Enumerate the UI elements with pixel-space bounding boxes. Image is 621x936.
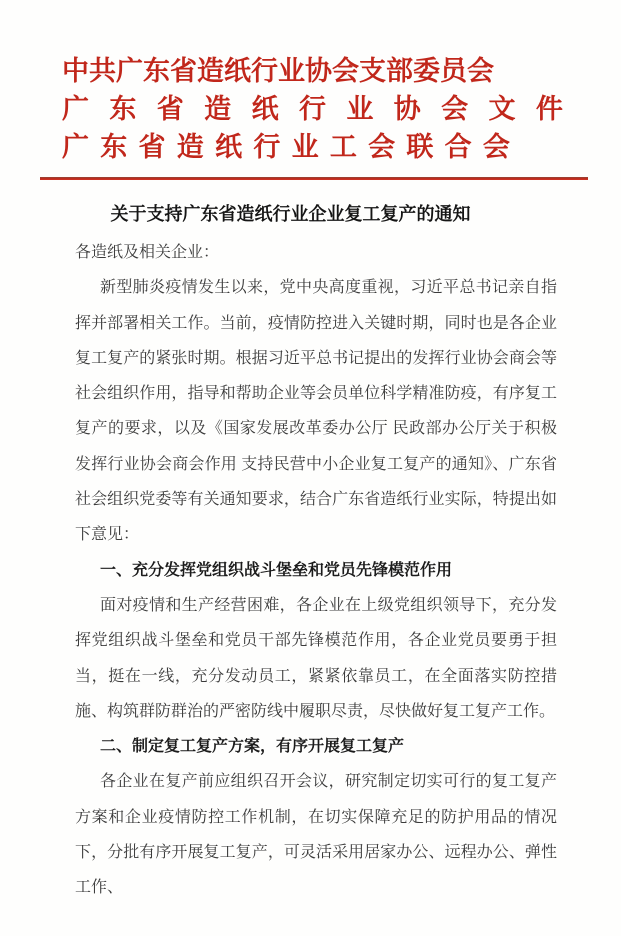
notice-content: 关于支持广东省造纸行业企业复工复产的通知 各造纸及相关企业： 新型肺炎疫情发生以…: [0, 180, 621, 906]
section-2-body: 各企业在复产前应组织召开会议，研究制定切实可行的复工复产方案和企业疫情防控工作机…: [75, 764, 557, 905]
section-1-body: 面对疫情和生产经营困难，各企业在上级党组织领导下，充分发挥党组织战斗堡垒和党员干…: [75, 588, 557, 729]
notice-title: 关于支持广东省造纸行业企业复工复产的通知: [0, 180, 621, 235]
letterhead-org-line-3: 广东省造纸行业工会联合会: [62, 128, 510, 166]
intro-paragraph: 新型肺炎疫情发生以来，党中央高度重视，习近平总书记亲自指挥并部署相关工作。当前，…: [75, 270, 557, 552]
section-2-heading: 二、制定复工复产方案，有序开展复工复产: [75, 729, 557, 764]
document-page: 中共广东省造纸行业协会支部委员会 广东省造纸行业协会文件 广东省造纸行业工会联合…: [0, 0, 621, 936]
notice-body: 各造纸及相关企业： 新型肺炎疫情发生以来，党中央高度重视，习近平总书记亲自指挥并…: [75, 235, 557, 906]
salutation: 各造纸及相关企业：: [75, 235, 557, 270]
letterhead-org-line-1: 中共广东省造纸行业协会支部委员会: [62, 52, 621, 90]
letterhead-org-line-2: 广东省造纸行业协会文件: [62, 90, 563, 128]
letterhead: 中共广东省造纸行业协会支部委员会 广东省造纸行业协会文件 广东省造纸行业工会联合…: [0, 0, 621, 180]
section-1-heading: 一、充分发挥党组织战斗堡垒和党员先锋模范作用: [75, 553, 557, 588]
